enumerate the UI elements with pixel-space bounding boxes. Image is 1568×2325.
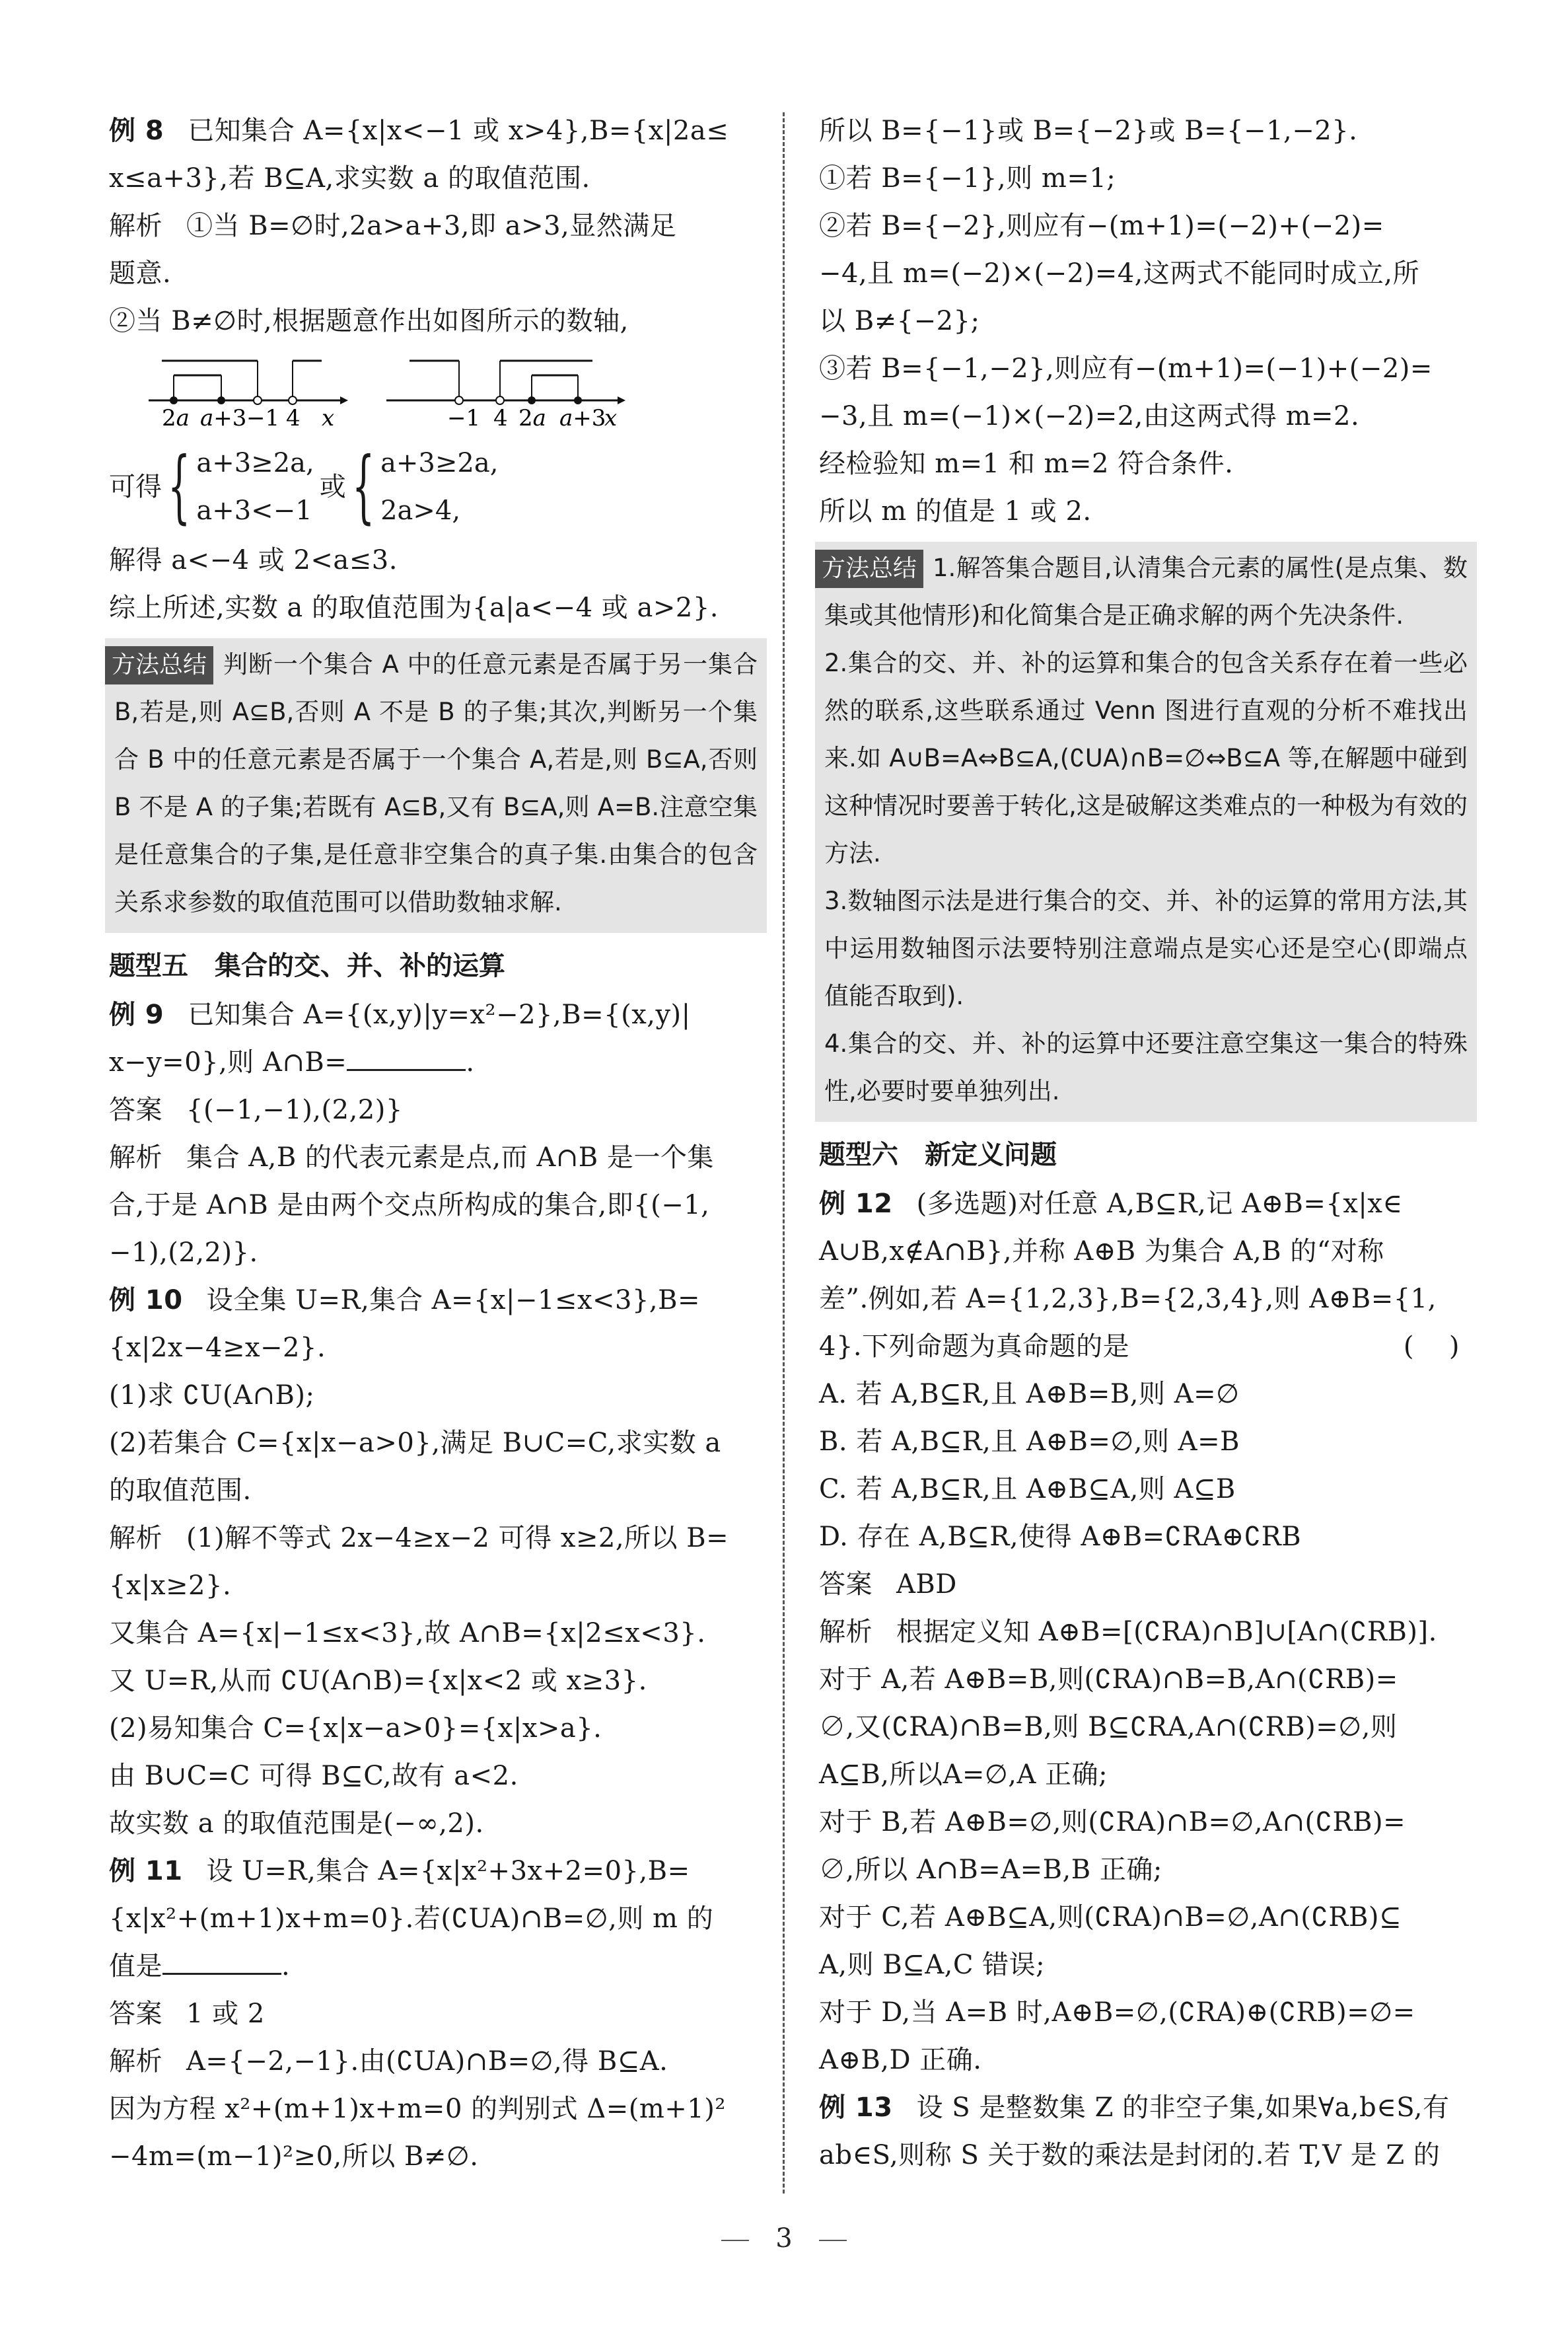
example-label: 例 8 [109, 116, 164, 146]
analysis-line: −3,且 m=(−1)×(−2)=2,由这两式得 m=2. [819, 392, 1473, 440]
analysis-line: A⊕B,D 正确. [819, 2036, 1473, 2084]
example-10: 例 10设全集 U=R,集合 A={x|−1≤x<3},B= {x|2x−4≥x… [109, 1276, 763, 1847]
left-column: 例 8已知集合 A={x|x<−1 或 x>4},B={x|2a≤ x≤a+3}… [109, 107, 763, 2180]
answer-value: {(−1,−1),(2,2)} [186, 1095, 403, 1125]
analysis-label: 解析 [109, 2046, 162, 2077]
method-summary-text: 判断一个集合 A 中的任意元素是否属于另一集合 B,若是,则 A⊆B,否则 A … [114, 650, 758, 916]
example-8: 例 8已知集合 A={x|x<−1 或 x>4},B={x|2a≤ x≤a+3}… [109, 107, 763, 632]
result-line: 解得 a<−4 或 2<a≤3. [109, 536, 763, 584]
number-line-1: 2a a+3 −1 4 x [149, 361, 348, 431]
example-12: 例 12(多选题)对任意 A,B⊆R,记 A⊕B={x|x∈ A∪B,x∉A∩B… [819, 1180, 1473, 2084]
svg-text:a+3: a+3 [559, 405, 606, 431]
example-11-line-3: 值是. [109, 1942, 763, 1990]
svg-text:2a: 2a [518, 405, 546, 431]
right-column: 所以 B={−1}或 B={−2}或 B={−1,−2}. ①若 B={−1},… [819, 107, 1473, 2179]
section-label: 题型六 [819, 1140, 898, 1170]
inequality: a+3<−1 [196, 487, 314, 535]
analysis-line: ②若 B={−2},则应有−(m+1)=(−2)+(−2)= [819, 202, 1473, 250]
example-text: A∪B,x∉A∩B},并称 A⊕B 为集合 A,B 的“对称 [819, 1228, 1473, 1275]
example-12-line-1: 例 12(多选题)对任意 A,B⊆R,记 A⊕B={x|x∈ [819, 1180, 1473, 1228]
example-text: 设 S 是整数集 Z 的非空子集,如果∀a,b∈S,有 [917, 2092, 1450, 2123]
example-13: 例 13设 S 是整数集 Z 的非空子集,如果∀a,b∈S,有 ab∈S,则称 … [819, 2084, 1473, 2179]
column-divider [783, 112, 785, 2194]
section-heading-6: 题型六新定义问题 [819, 1131, 1473, 1179]
example-text: (2)若集合 C={x|x−a>0},满足 B∪C=C,求实数 a [109, 1419, 763, 1467]
example-text: 已知集合 A={x|x<−1 或 x>4},B={x|2a≤ [188, 116, 729, 146]
analysis-line: 对于 D,当 A=B 时,A⊕B=∅,(∁RA)⊕(∁RB)=∅= [819, 1989, 1473, 2036]
analysis-line: 对于 A,若 A⊕B=B,则(∁RA)∩B=B,A∩(∁RB)= [819, 1656, 1473, 1703]
example-label: 例 9 [109, 1000, 164, 1030]
analysis-line: 又 U=R,从而 ∁U(A∩B)={x|x<2 或 x≥3}. [109, 1657, 763, 1705]
answer-label: 答案 [109, 1999, 162, 2029]
analysis-line: 以 B≠{−2}; [819, 297, 1473, 345]
analysis-line: −4,且 m=(−2)×(−2)=4,这两式不能同时成立,所 [819, 250, 1473, 297]
svg-text:−1: −1 [447, 405, 480, 431]
option-a: A. 若 A,B⊆R,且 A⊕B=B,则 A=∅ [819, 1370, 1473, 1418]
svg-text:x: x [604, 405, 617, 431]
example-label: 例 12 [819, 1189, 893, 1219]
example-text: x−y=0},则 A∩B= [109, 1047, 347, 1078]
option-b: B. 若 A,B⊆R,且 A⊕B=∅,则 A=B [819, 1418, 1473, 1465]
analysis-line: 解析A={−2,−1}.由(∁UA)∩B=∅,得 B⊆A. [109, 2038, 763, 2085]
system-or: 或 [320, 463, 346, 511]
analysis-text: 集合 A,B 的代表元素是点,而 A∩B 是一个集 [186, 1142, 714, 1173]
analysis-line: 解析根据定义知 A⊕B=[(∁RA)∩B]∪[A∩(∁RB)]. [819, 1608, 1473, 1656]
number-line-diagram: 2a a+3 −1 4 x [149, 348, 730, 433]
analysis-text: A={−2,−1}.由(∁UA)∩B=∅,得 B⊆A. [186, 2046, 668, 2077]
example-11: 例 11设 U=R,集合 A={x|x²+3x+2=0},B= {x|x²+(m… [109, 1847, 763, 2180]
analysis-line: 解析集合 A,B 的代表元素是点,而 A∩B 是一个集 [109, 1134, 763, 1181]
footer-dash [721, 2240, 749, 2241]
svg-text:2a: 2a [162, 405, 190, 431]
method-summary-item: 3.数轴图示法是进行集合的交、并、补的运算的常用方法,其中运用数轴图示法要特别注… [824, 877, 1468, 1020]
answer-choice-parens: ( ) [1404, 1323, 1460, 1370]
analysis-line: ∅,又(∁RA)∩B=B,则 B⊆∁RA,A∩(∁RB)=∅,则 [819, 1703, 1473, 1751]
method-summary-label: 方法总结 [105, 646, 213, 684]
analysis-line: 解析①当 B=∅时,2a>a+3,即 a>3,显然满足 [109, 202, 763, 250]
example-text: 已知集合 A={(x,y)|y=x²−2},B={(x,y)| [188, 1000, 690, 1030]
result-line: 综上所述,实数 a 的取值范围为{a|a<−4 或 a>2}. [109, 584, 763, 632]
page-number: 3 [775, 2223, 792, 2254]
section-title: 新定义问题 [925, 1140, 1057, 1170]
analysis-line: ③若 B={−1,−2},则应有−(m+1)=(−1)+(−2)= [819, 345, 1473, 392]
footer-dash [819, 2240, 847, 2241]
analysis-line: 因为方程 x²+(m+1)x+m=0 的判别式 Δ=(m+1)² [109, 2085, 763, 2133]
example-9: 例 9已知集合 A={(x,y)|y=x²−2},B={(x,y)| x−y=0… [109, 991, 763, 1276]
analysis-label: 解析 [109, 1142, 162, 1173]
left-brace-icon: { [168, 447, 190, 527]
example-text: {x|x²+(m+1)x+m=0}.若(∁UA)∩B=∅,则 m 的 [109, 1895, 763, 1942]
svg-text:4: 4 [493, 405, 508, 431]
analysis-line: 合,于是 A∩B 是由两个交点所构成的集合,即{(−1, [109, 1181, 763, 1229]
analysis-label: 解析 [109, 1523, 162, 1553]
analysis-line: ②当 B≠∅时,根据题意作出如图所示的数轴, [109, 297, 763, 345]
example-10-line-1: 例 10设全集 U=R,集合 A={x|−1≤x<3},B= [109, 1276, 763, 1324]
svg-text:4: 4 [286, 405, 301, 431]
answer-blank [347, 1043, 466, 1071]
inequality: a+3≥2a, [380, 439, 498, 487]
inequality-system-2: a+3≥2a, 2a>4, [380, 439, 498, 535]
example-8-line-1: 例 8已知集合 A={x|x<−1 或 x>4},B={x|2a≤ [109, 107, 763, 155]
example-12-line-4: 4}.下列命题为真命题的是 ( ) [819, 1323, 1473, 1370]
analysis-label: 解析 [819, 1617, 873, 1647]
answer-label: 答案 [819, 1569, 873, 1600]
analysis-line: 故实数 a 的取值范围是(−∞,2). [109, 1800, 763, 1847]
example-text: 差”.例如,若 A={1,2,3},B={2,3,4},则 A⊕B={1, [819, 1275, 1473, 1323]
section-heading-5: 题型五集合的交、并、补的运算 [109, 942, 763, 990]
answer-line: 答案{(−1,−1),(2,2)} [109, 1086, 763, 1134]
method-summary-box: 方法总结判断一个集合 A 中的任意元素是否属于另一集合 B,若是,则 A⊆B,否… [105, 638, 767, 933]
method-summary-box: 方法总结1.解答集合题目,认清集合元素的属性(是点集、数集或其他情形)和化简集合… [815, 542, 1477, 1122]
analysis-line: −1),(2,2)}. [109, 1229, 763, 1276]
left-brace-icon: { [352, 447, 374, 527]
example-11-line-1: 例 11设 U=R,集合 A={x|x²+3x+2=0},B= [109, 1847, 763, 1895]
analysis-text: (1)解不等式 2x−4≥x−2 可得 x≥2,所以 B= [186, 1523, 729, 1553]
analysis-text: 根据定义知 A⊕B=[(∁RA)∩B]∪[A∩(∁RB)]. [896, 1617, 1437, 1647]
answer-value: ABD [896, 1569, 957, 1600]
example-11-continued: 所以 B={−1}或 B={−2}或 B={−1,−2}. ①若 B={−1},… [819, 107, 1473, 535]
analysis-line: 对于 C,若 A⊕B⊆A,则(∁RA)∩B=∅,A∩(∁RB)⊆ [819, 1894, 1473, 1941]
section-title: 集合的交、并、补的运算 [215, 951, 505, 981]
inequality-system-1: a+3≥2a, a+3<−1 [196, 439, 314, 535]
analysis-line: ①若 B={−1},则 m=1; [819, 155, 1473, 202]
analysis-line: 所以 m 的值是 1 或 2. [819, 488, 1473, 535]
analysis-line: −4m=(m−1)²≥0,所以 B≠∅. [109, 2133, 763, 2180]
answer-line: 答案ABD [819, 1561, 1473, 1608]
option-c: C. 若 A,B⊆R,且 A⊕B⊆A,则 A⊆B [819, 1465, 1473, 1513]
analysis-line: 对于 B,若 A⊕B=∅,则(∁RA)∩B=∅,A∩(∁RB)= [819, 1798, 1473, 1846]
example-text: {x|2x−4≥x−2}. [109, 1324, 763, 1372]
example-label: 例 11 [109, 1856, 183, 1886]
analysis-line: A,则 B⊆A,C 错误; [819, 1941, 1473, 1989]
example-label: 例 13 [819, 2092, 893, 2123]
answer-line: 答案1 或 2 [109, 1990, 763, 2038]
example-13-line-1: 例 13设 S 是整数集 Z 的非空子集,如果∀a,b∈S,有 [819, 2084, 1473, 2131]
analysis-line: {x|x≥2}. [109, 1562, 763, 1609]
example-text: 值是 [109, 1951, 162, 1981]
analysis-line: A⊆B,所以A=∅,A 正确; [819, 1751, 1473, 1798]
method-summary-item: 2.集合的交、并、补的运算和集合的包含关系存在着一些必然的联系,这些联系通过 V… [824, 640, 1468, 877]
number-line-2: −1 4 2a a+3 x [386, 361, 625, 431]
system-prefix: 可得 [109, 463, 162, 511]
example-text: 设 U=R,集合 A={x|x²+3x+2=0},B= [207, 1856, 690, 1886]
analysis-line: 题意. [109, 250, 763, 297]
svg-text:a+3: a+3 [200, 405, 246, 431]
example-9-line-2: x−y=0},则 A∩B=. [109, 1039, 763, 1086]
example-9-line-1: 例 9已知集合 A={(x,y)|y=x²−2},B={(x,y)| [109, 991, 763, 1039]
example-8-line-2: x≤a+3},若 B⊆A,求实数 a 的取值范围. [109, 155, 763, 202]
analysis-line: 又集合 A={x|−1≤x<3},故 A∩B={x|2≤x<3}. [109, 1609, 763, 1657]
page-footer: 3 [0, 2223, 1568, 2254]
example-text: 4}.下列命题为真命题的是 [819, 1331, 1129, 1362]
method-summary-item: 4.集合的交、并、补的运算中还要注意空集这一集合的特殊性,必要时要单独列出. [824, 1020, 1468, 1115]
option-d: D. 存在 A,B⊆R,使得 A⊕B=∁RA⊕∁RB [819, 1513, 1473, 1561]
section-label: 题型五 [109, 951, 188, 981]
inequality: a+3≥2a, [196, 439, 314, 487]
svg-text:−1: −1 [246, 405, 279, 431]
answer-value: 1 或 2 [186, 1999, 265, 2029]
analysis-line: 所以 B={−1}或 B={−2}或 B={−1,−2}. [819, 107, 1473, 155]
example-text: 设全集 U=R,集合 A={x|−1≤x<3},B= [207, 1285, 700, 1315]
analysis-line: (2)易知集合 C={x|x−a>0}={x|x>a}. [109, 1705, 763, 1752]
method-summary-label: 方法总结 [815, 550, 923, 588]
answer-blank [162, 1946, 281, 1975]
analysis-line: 解析(1)解不等式 2x−4≥x−2 可得 x≥2,所以 B= [109, 1514, 763, 1562]
inequality: 2a>4, [380, 487, 498, 535]
answer-label: 答案 [109, 1095, 162, 1125]
example-text: ab∈S,则称 S 关于数的乘法是封闭的.若 T,V 是 Z 的 [819, 2131, 1473, 2179]
svg-text:x: x [322, 405, 334, 431]
example-text: (多选题)对任意 A,B⊆R,记 A⊕B={x|x∈ [917, 1189, 1403, 1219]
example-text: (1)求 ∁U(A∩B); [109, 1372, 763, 1419]
analysis-label: 解析 [109, 211, 162, 241]
analysis-text: ①当 B=∅时,2a>a+3,即 a>3,显然满足 [186, 211, 676, 241]
analysis-line: 经检验知 m=1 和 m=2 符合条件. [819, 440, 1473, 488]
inequality-systems: 可得 { a+3≥2a, a+3<−1 或 { a+3≥2a, 2a>4, [109, 437, 763, 536]
number-line-figures: 2a a+3 −1 4 x [109, 348, 763, 433]
analysis-line: 由 B∪C=C 可得 B⊆C,故有 a<2. [109, 1752, 763, 1800]
analysis-line: ∅,所以 A∩B=A=B,B 正确; [819, 1846, 1473, 1894]
example-label: 例 10 [109, 1285, 183, 1315]
example-text: 的取值范围. [109, 1467, 763, 1514]
